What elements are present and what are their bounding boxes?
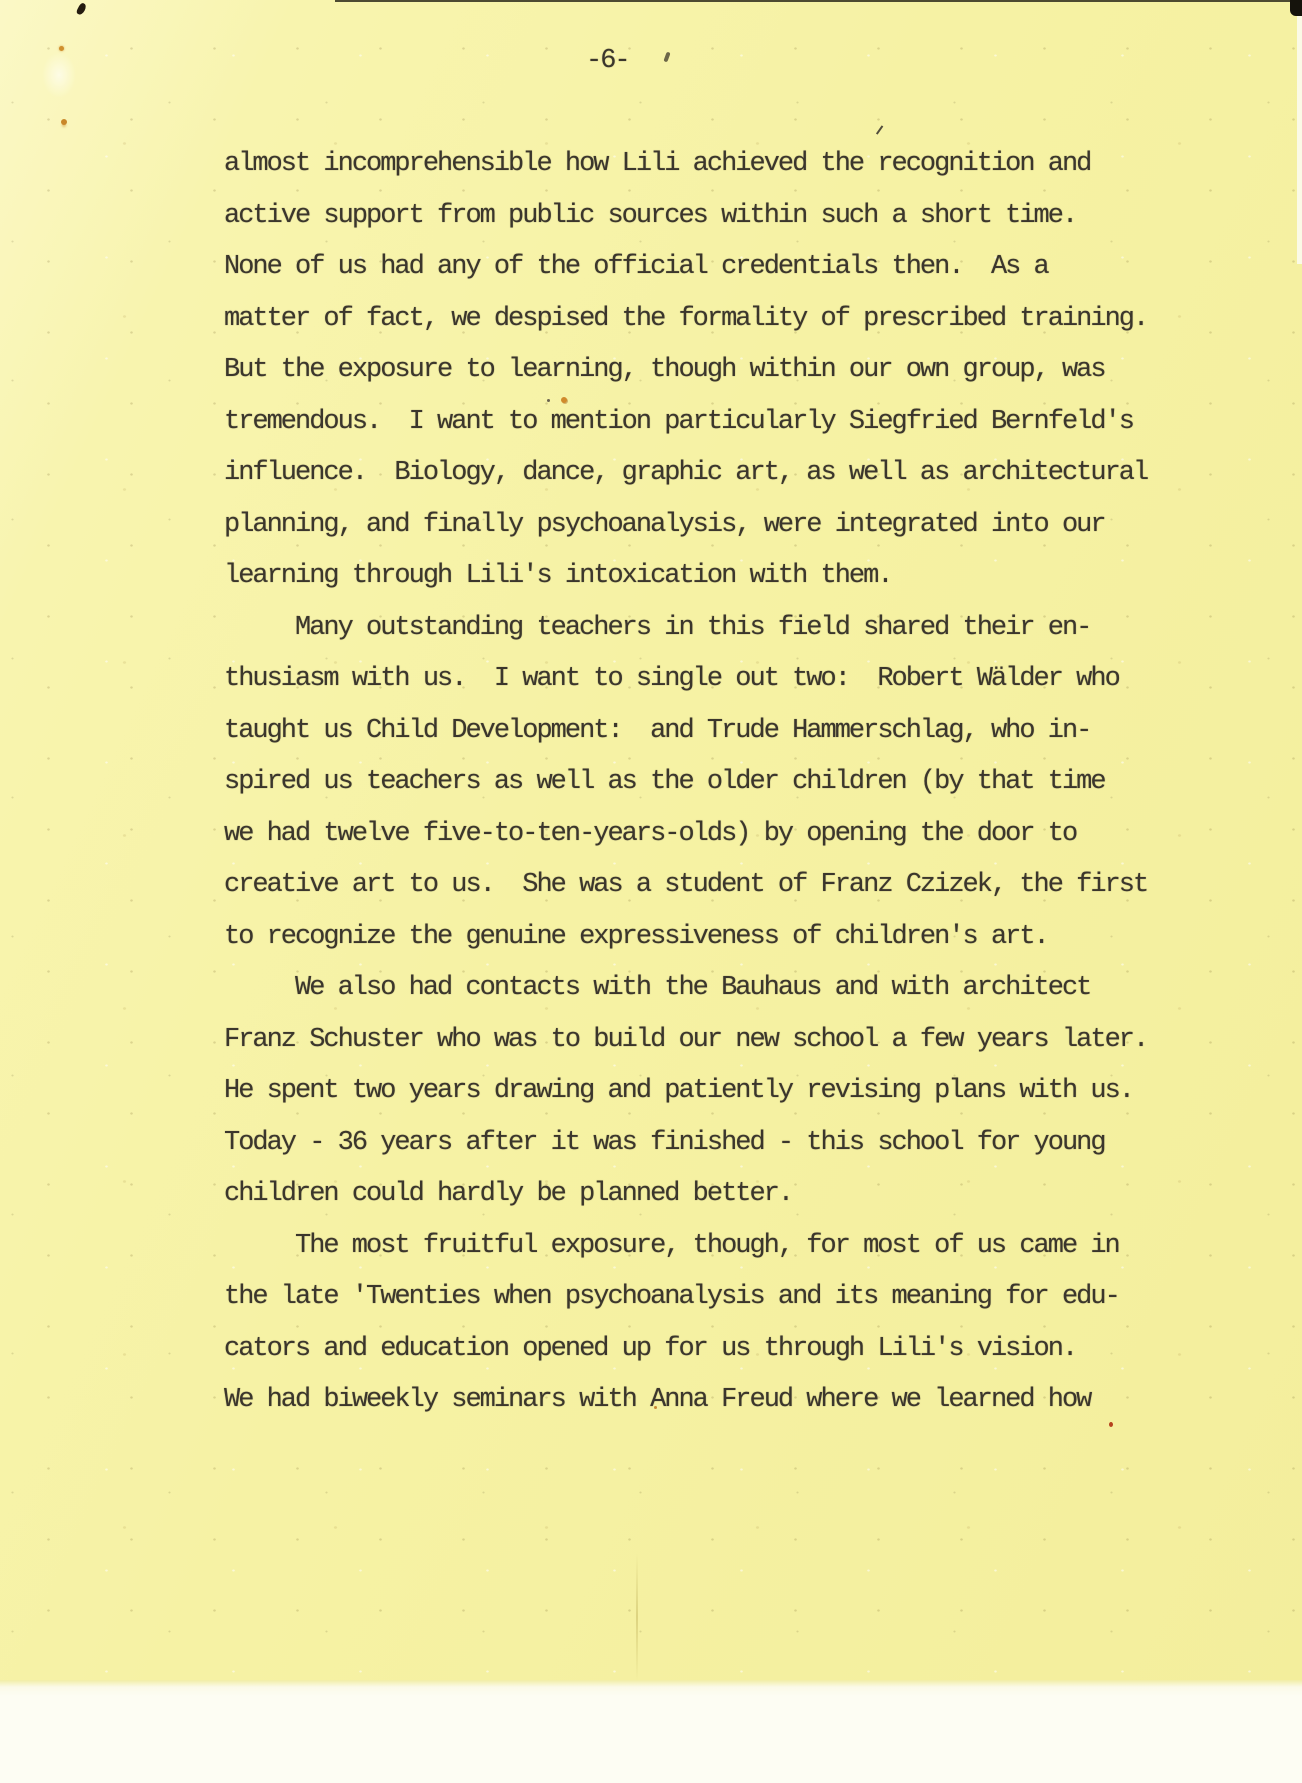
text-line: children could hardly be planned better. [224,1169,1147,1221]
text-line: planning, and finally psychoanalysis, we… [224,500,1147,552]
typewritten-text: almost incomprehensible how Lili achieve… [224,139,1147,1427]
text-line: The most fruitful exposure, though, for … [224,1221,1147,1273]
text-line: learning through Lili's intoxication wit… [224,551,1147,603]
text-line: influence. Biology, dance, graphic art, … [224,448,1147,500]
paper-edge-highlight [1297,16,1302,264]
scanner-background-band [0,1680,1302,1783]
paper-crease [636,1553,638,1681]
text-line: But the exposure to learning, though wit… [224,345,1147,397]
text-line: we had twelve five-to-ten-years-olds) by… [224,809,1147,861]
text-line: cators and education opened up for us th… [224,1324,1147,1376]
text-line: We had biweekly seminars with Anna Freud… [224,1375,1147,1427]
text-line: active support from public sources withi… [224,191,1147,243]
text-line: the late 'Twenties when psychoanalysis a… [224,1272,1147,1324]
page-number: -6- [586,46,629,76]
scan-artifact-corner [1290,0,1302,16]
text-line: thusiasm with us. I want to single out t… [224,654,1147,706]
text-line: Many outstanding teachers in this field … [224,603,1147,655]
scanned-typewritten-page: -6- almost incomprehensible how Lili ach… [0,0,1302,1783]
paper-speck [61,119,67,125]
text-line: taught us Child Development: and Trude H… [224,706,1147,758]
ink-tick [663,52,670,63]
text-line: Today - 36 years after it was finished -… [224,1118,1147,1170]
text-line: He spent two years drawing and patiently… [224,1066,1147,1118]
paper-speck [59,46,64,51]
scan-artifact-top-edge [335,0,1302,2]
text-line: spired us teachers as well as the older … [224,757,1147,809]
text-line: Franz Schuster who was to build our new … [224,1015,1147,1067]
ink-tick [876,125,889,138]
paper-light-blotch [42,52,76,98]
text-line: matter of fact, we despised the formalit… [224,294,1147,346]
text-line: We also had contacts with the Bauhaus an… [224,963,1147,1015]
text-line: creative art to us. She was a student of… [224,860,1147,912]
text-line: tremendous. I want to mention particular… [224,397,1147,449]
text-line: almost incomprehensible how Lili achieve… [224,139,1147,191]
pen-mark [76,2,88,16]
text-line: None of us had any of the official crede… [224,242,1147,294]
text-line: to recognize the genuine expressiveness … [224,912,1147,964]
